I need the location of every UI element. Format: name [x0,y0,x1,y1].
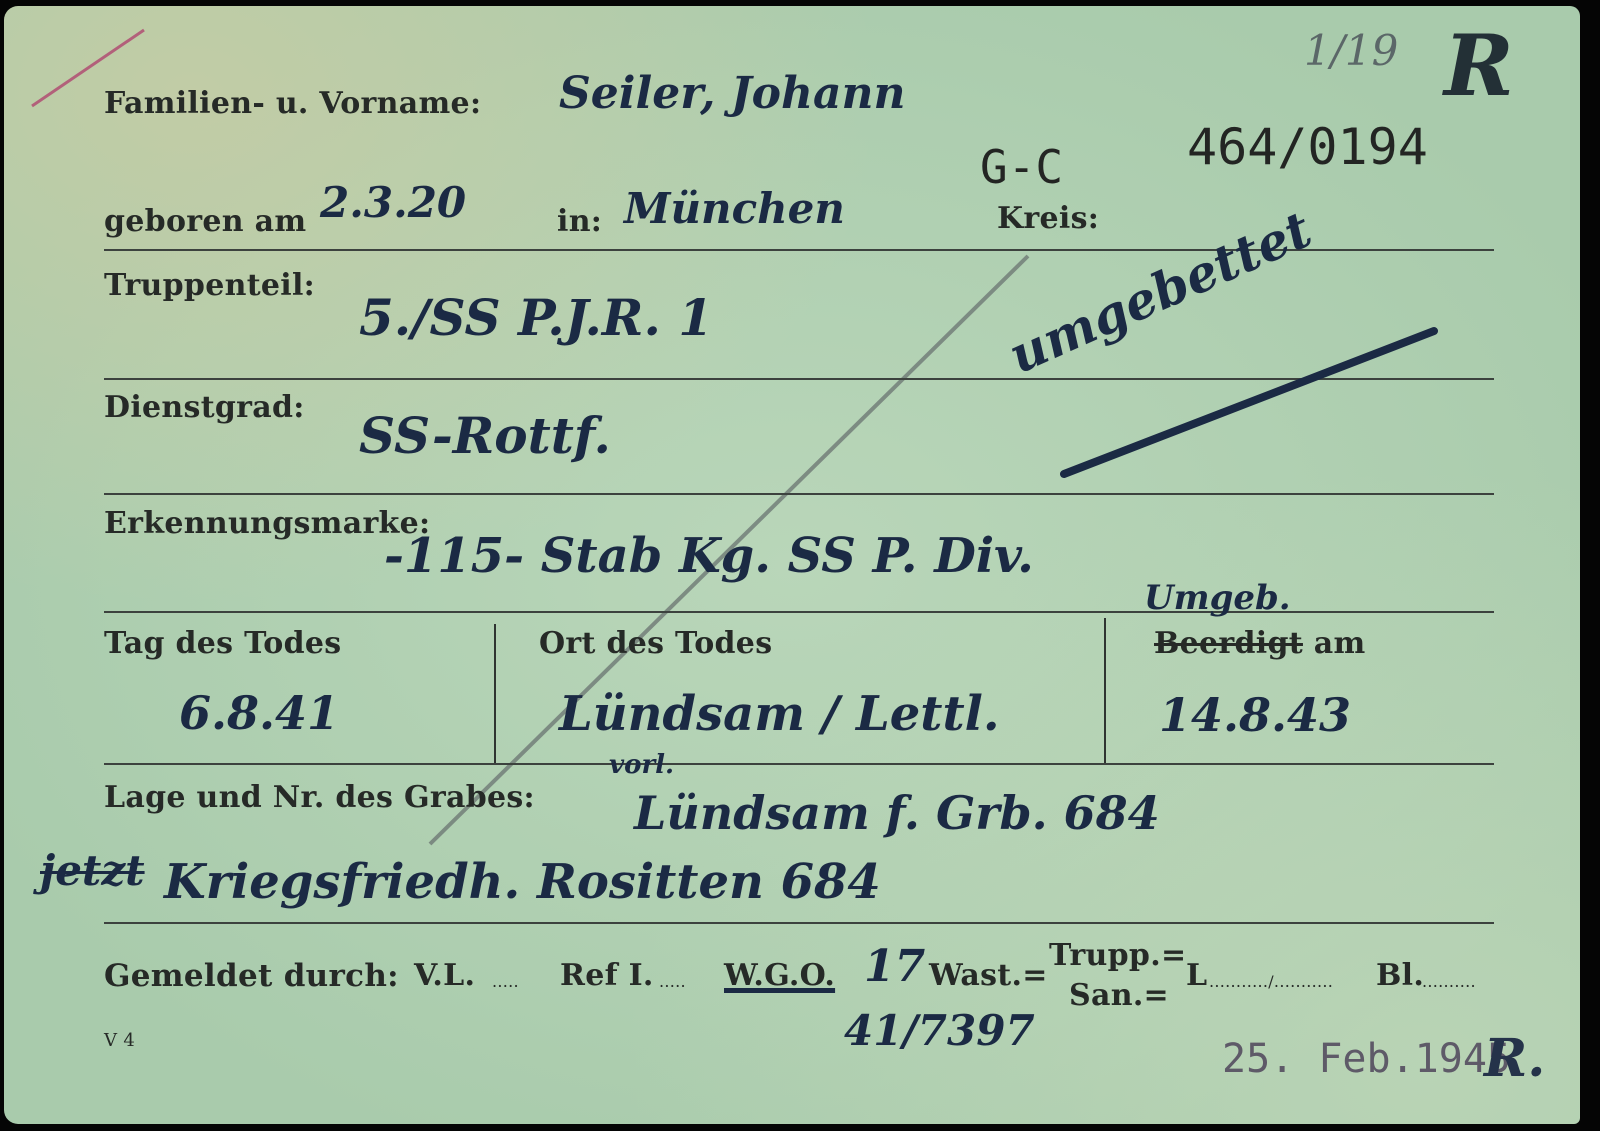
san-label: San.= [1069,978,1169,1013]
divider [104,493,1494,495]
burial-label-rest: am [1314,626,1366,661]
name-value: Seiler, Johann [559,68,905,119]
unit-label: Truppenteil: [104,268,315,303]
bl-label: Bl. [1376,958,1424,993]
burial-date-value: 14.8.43 [1159,688,1351,742]
born-label: geboren am [104,204,306,239]
divider [104,922,1494,924]
trupp-label: Trupp.= [1049,938,1186,973]
l-dots: .........../........... [1209,972,1333,991]
id-tag-value: -115- Stab Kg. SS P. Div. [384,528,1034,584]
unit-value: 5./SS P.J.R. 1 [359,288,713,347]
initial-mark: R [1444,16,1514,115]
column-divider [494,624,496,764]
stamp-number: 464/0194 [1187,118,1428,176]
date-stamp-initial: R. [1484,1028,1545,1089]
burial-label: Beerdigt am [1154,626,1366,661]
grave-value: Lündsam f. Grb. 684 [634,786,1160,840]
death-place-value: Lündsam / Lettl. [559,686,1000,742]
reported-label: Gemeldet durch: [104,958,399,994]
grave-label: Lage und Nr. des Grabes: [104,780,535,815]
death-record-card: Familien- u. Vorname: Seiler, Johann 1/1… [4,6,1580,1124]
death-place-label: Ort des Todes [539,626,772,661]
pencil-note: 1/19 [1304,26,1398,75]
wgo-sub-value: 41/7397 [844,1006,1035,1055]
ref-label: Ref I. [560,958,654,993]
grave-line2-struck: jetzt [40,846,145,895]
grave-line2-value: Kriegsfriedh. Rositten 684 [164,854,881,910]
rank-label: Dienstgrad: [104,390,305,425]
wgo-value: 17 [864,941,925,992]
born-in-label: in: [557,204,602,239]
annotation-underline [1054,316,1454,486]
form-code: V 4 [104,1030,135,1051]
kreis-label: Kreis: [997,201,1099,236]
born-in-value: München [624,184,845,233]
name-label: Familien- u. Vorname: [104,86,481,121]
stamp-series: G-C [980,140,1063,194]
date-stamp: 25. Feb.1945 [1222,1036,1511,1082]
born-value: 2.3.20 [320,178,466,227]
death-date-label: Tag des Todes [104,626,341,661]
vl-label: V.L. [414,958,475,993]
column-divider [1104,618,1106,764]
bl-dots: .......... [1422,972,1476,991]
divider [104,763,1494,765]
death-date-value: 6.8.41 [179,686,339,740]
wast-label: Wast.= [929,958,1048,993]
burial-label-struck: Beerdigt [1154,626,1303,661]
l-label: L [1186,958,1207,993]
burial-correction: Umgeb. [1144,578,1291,618]
id-tag-label: Erkennungsmarke: [104,506,430,541]
grave-correction: vorl. [609,750,674,780]
vl-dots: ..... [492,972,519,991]
rank-value: SS-Rottf. [359,406,611,465]
ref-dots: ..... [659,972,686,991]
wgo-label: W.G.O. [724,958,835,993]
